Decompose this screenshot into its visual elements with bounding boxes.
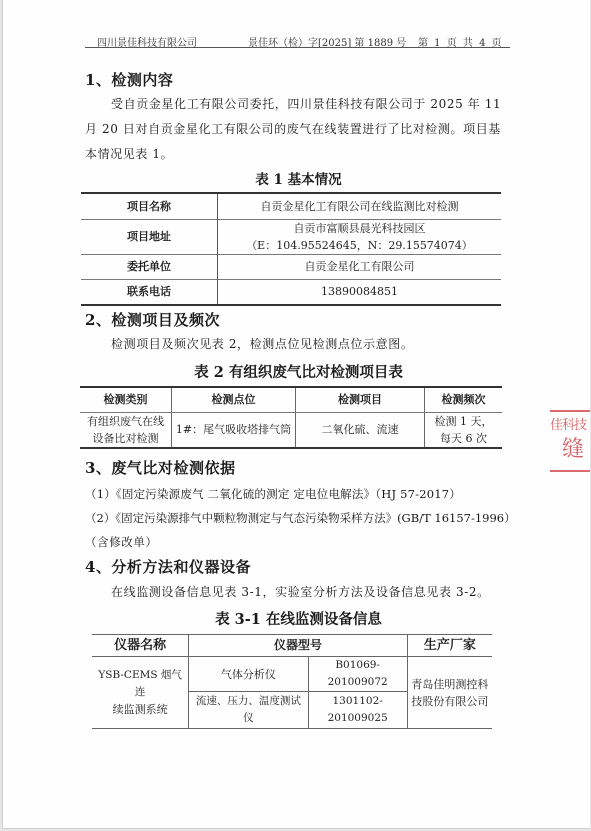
document-page: 四川景佳科技有限公司 景佳环（检）字[2025] 第 1889 号 第 1 页 … (2, 0, 590, 829)
reference-2-continued: （含修改单） (85, 530, 505, 555)
table1-label: 委托单位 (81, 254, 218, 279)
table2-items: 二氧化硫、流速 (296, 412, 425, 448)
address-line: 自贡市富顺县晨光科技园区 (221, 220, 498, 237)
device-model: B01069-201009072 (308, 657, 407, 692)
section2-paragraph: 检测项目及频次见表 2，检测点位见检测点位示意图。 (85, 332, 505, 357)
seal-stamp: 佳科技 缝 (550, 408, 590, 474)
table2-header: 检测项目 (296, 387, 425, 412)
header-rule (85, 47, 510, 48)
frequency-line: 检测 1 天， (428, 413, 499, 430)
device-name: 流速、压力、温度测试仪 (189, 692, 308, 729)
reference-1: （1）《固定污染源废气 二氧化硫的测定 定电位电解法》（HJ 57-2017） (85, 482, 505, 507)
manufacturer-line: 技股份有限公司 (411, 693, 489, 710)
instrument-name-line: 续监测系统 (95, 701, 185, 718)
category-line: 设备比对检测 (83, 430, 168, 447)
table-row: 有组织废气在线 设备比对检测 1#：尾气吸收塔排气筒 二氧化硫、流速 检测 1 … (80, 412, 502, 448)
stamp-border (550, 470, 590, 472)
table1-caption: 表 1 基本情况 (3, 168, 591, 188)
coordinates-line: （E：104.95524645，N：29.15574074） (221, 237, 498, 254)
table2-header: 检测点位 (172, 387, 296, 412)
table2-category: 有组织废气在线 设备比对检测 (80, 412, 172, 448)
reference-2: （2）《固定污染源排气中颗粒物测定与气态污染物采样方法》(GB/T 16157-… (85, 506, 505, 531)
device-model: 1301102-201009025 (308, 692, 407, 729)
table1-label: 联系电话 (81, 279, 218, 305)
table-header-row: 仪器名称 仪器型号 生产厂家 (92, 635, 492, 657)
table2-header: 检测类别 (80, 387, 172, 412)
table-row: 项目名称 自贡金星化工有限公司在线监测比对检测 (81, 193, 501, 219)
table2-test-items: 检测类别 检测点位 检测项目 检测频次 有组织废气在线 设备比对检测 1#：尾气… (80, 386, 502, 449)
table3-header: 仪器名称 (92, 635, 189, 657)
section1-title: 1、检测内容 (85, 69, 173, 90)
device-name: 气体分析仪 (189, 657, 308, 692)
table-row: 联系电话 13890084851 (81, 279, 501, 305)
table1-value: 自贡金星化工有限公司 (218, 254, 502, 279)
table-row: 委托单位 自贡金星化工有限公司 (81, 254, 501, 279)
section3-title: 3、废气比对检测依据 (85, 457, 235, 478)
table2-caption: 表 2 有组织废气比对检测项目表 (3, 361, 591, 382)
stamp-border (550, 410, 590, 412)
stamp-text: 佳科技 (550, 414, 590, 438)
table-row: 项目地址 自贡市富顺县晨光科技园区 （E：104.95524645，N：29.1… (81, 219, 501, 254)
instrument-name: YSB-CEMS 烟气连 续监测系统 (92, 657, 189, 729)
category-line: 有组织废气在线 (83, 413, 168, 430)
table2-frequency: 检测 1 天， 每天 6 次 (425, 412, 503, 448)
table3-header: 仪器型号 (189, 635, 408, 657)
table1-value: 13890084851 (218, 279, 502, 305)
table3-header: 生产厂家 (407, 635, 492, 657)
section4-paragraph: 在线监测设备信息见表 3-1，实验室分析方法及设备信息见表 3-2。 (85, 580, 505, 605)
manufacturer: 青岛佳明测控科 技股份有限公司 (407, 657, 492, 729)
table3-1-caption: 表 3-1 在线监测设备信息 (3, 608, 591, 629)
section4-title: 4、分析方法和仪器设备 (85, 556, 251, 577)
table2-point: 1#：尾气吸收塔排气筒 (172, 412, 296, 448)
table-row: YSB-CEMS 烟气连 续监测系统 气体分析仪 B01069-20100907… (92, 657, 492, 692)
table3-1-online-equipment: 仪器名称 仪器型号 生产厂家 YSB-CEMS 烟气连 续监测系统 气体分析仪 … (92, 634, 492, 729)
table1-label: 项目名称 (81, 193, 218, 219)
table1-basic-info: 项目名称 自贡金星化工有限公司在线监测比对检测 项目地址 自贡市富顺县晨光科技园… (81, 192, 501, 306)
table1-value: 自贡金星化工有限公司在线监测比对检测 (218, 193, 502, 219)
section1-paragraph: 受自贡金星化工有限公司委托，四川景佳科技有限公司于 2025 年 11 月 20… (85, 92, 505, 167)
table-header-row: 检测类别 检测点位 检测项目 检测频次 (80, 387, 502, 412)
stamp-text: 缝 (550, 438, 590, 462)
table2-header: 检测频次 (425, 387, 503, 412)
instrument-name-line: YSB-CEMS 烟气连 (95, 667, 185, 701)
section2-title: 2、检测项目及频次 (85, 309, 220, 330)
table1-label: 项目地址 (81, 219, 218, 254)
manufacturer-line: 青岛佳明测控科 (411, 676, 489, 693)
frequency-line: 每天 6 次 (428, 430, 499, 447)
table1-value: 自贡市富顺县晨光科技园区 （E：104.95524645，N：29.155740… (218, 219, 502, 254)
